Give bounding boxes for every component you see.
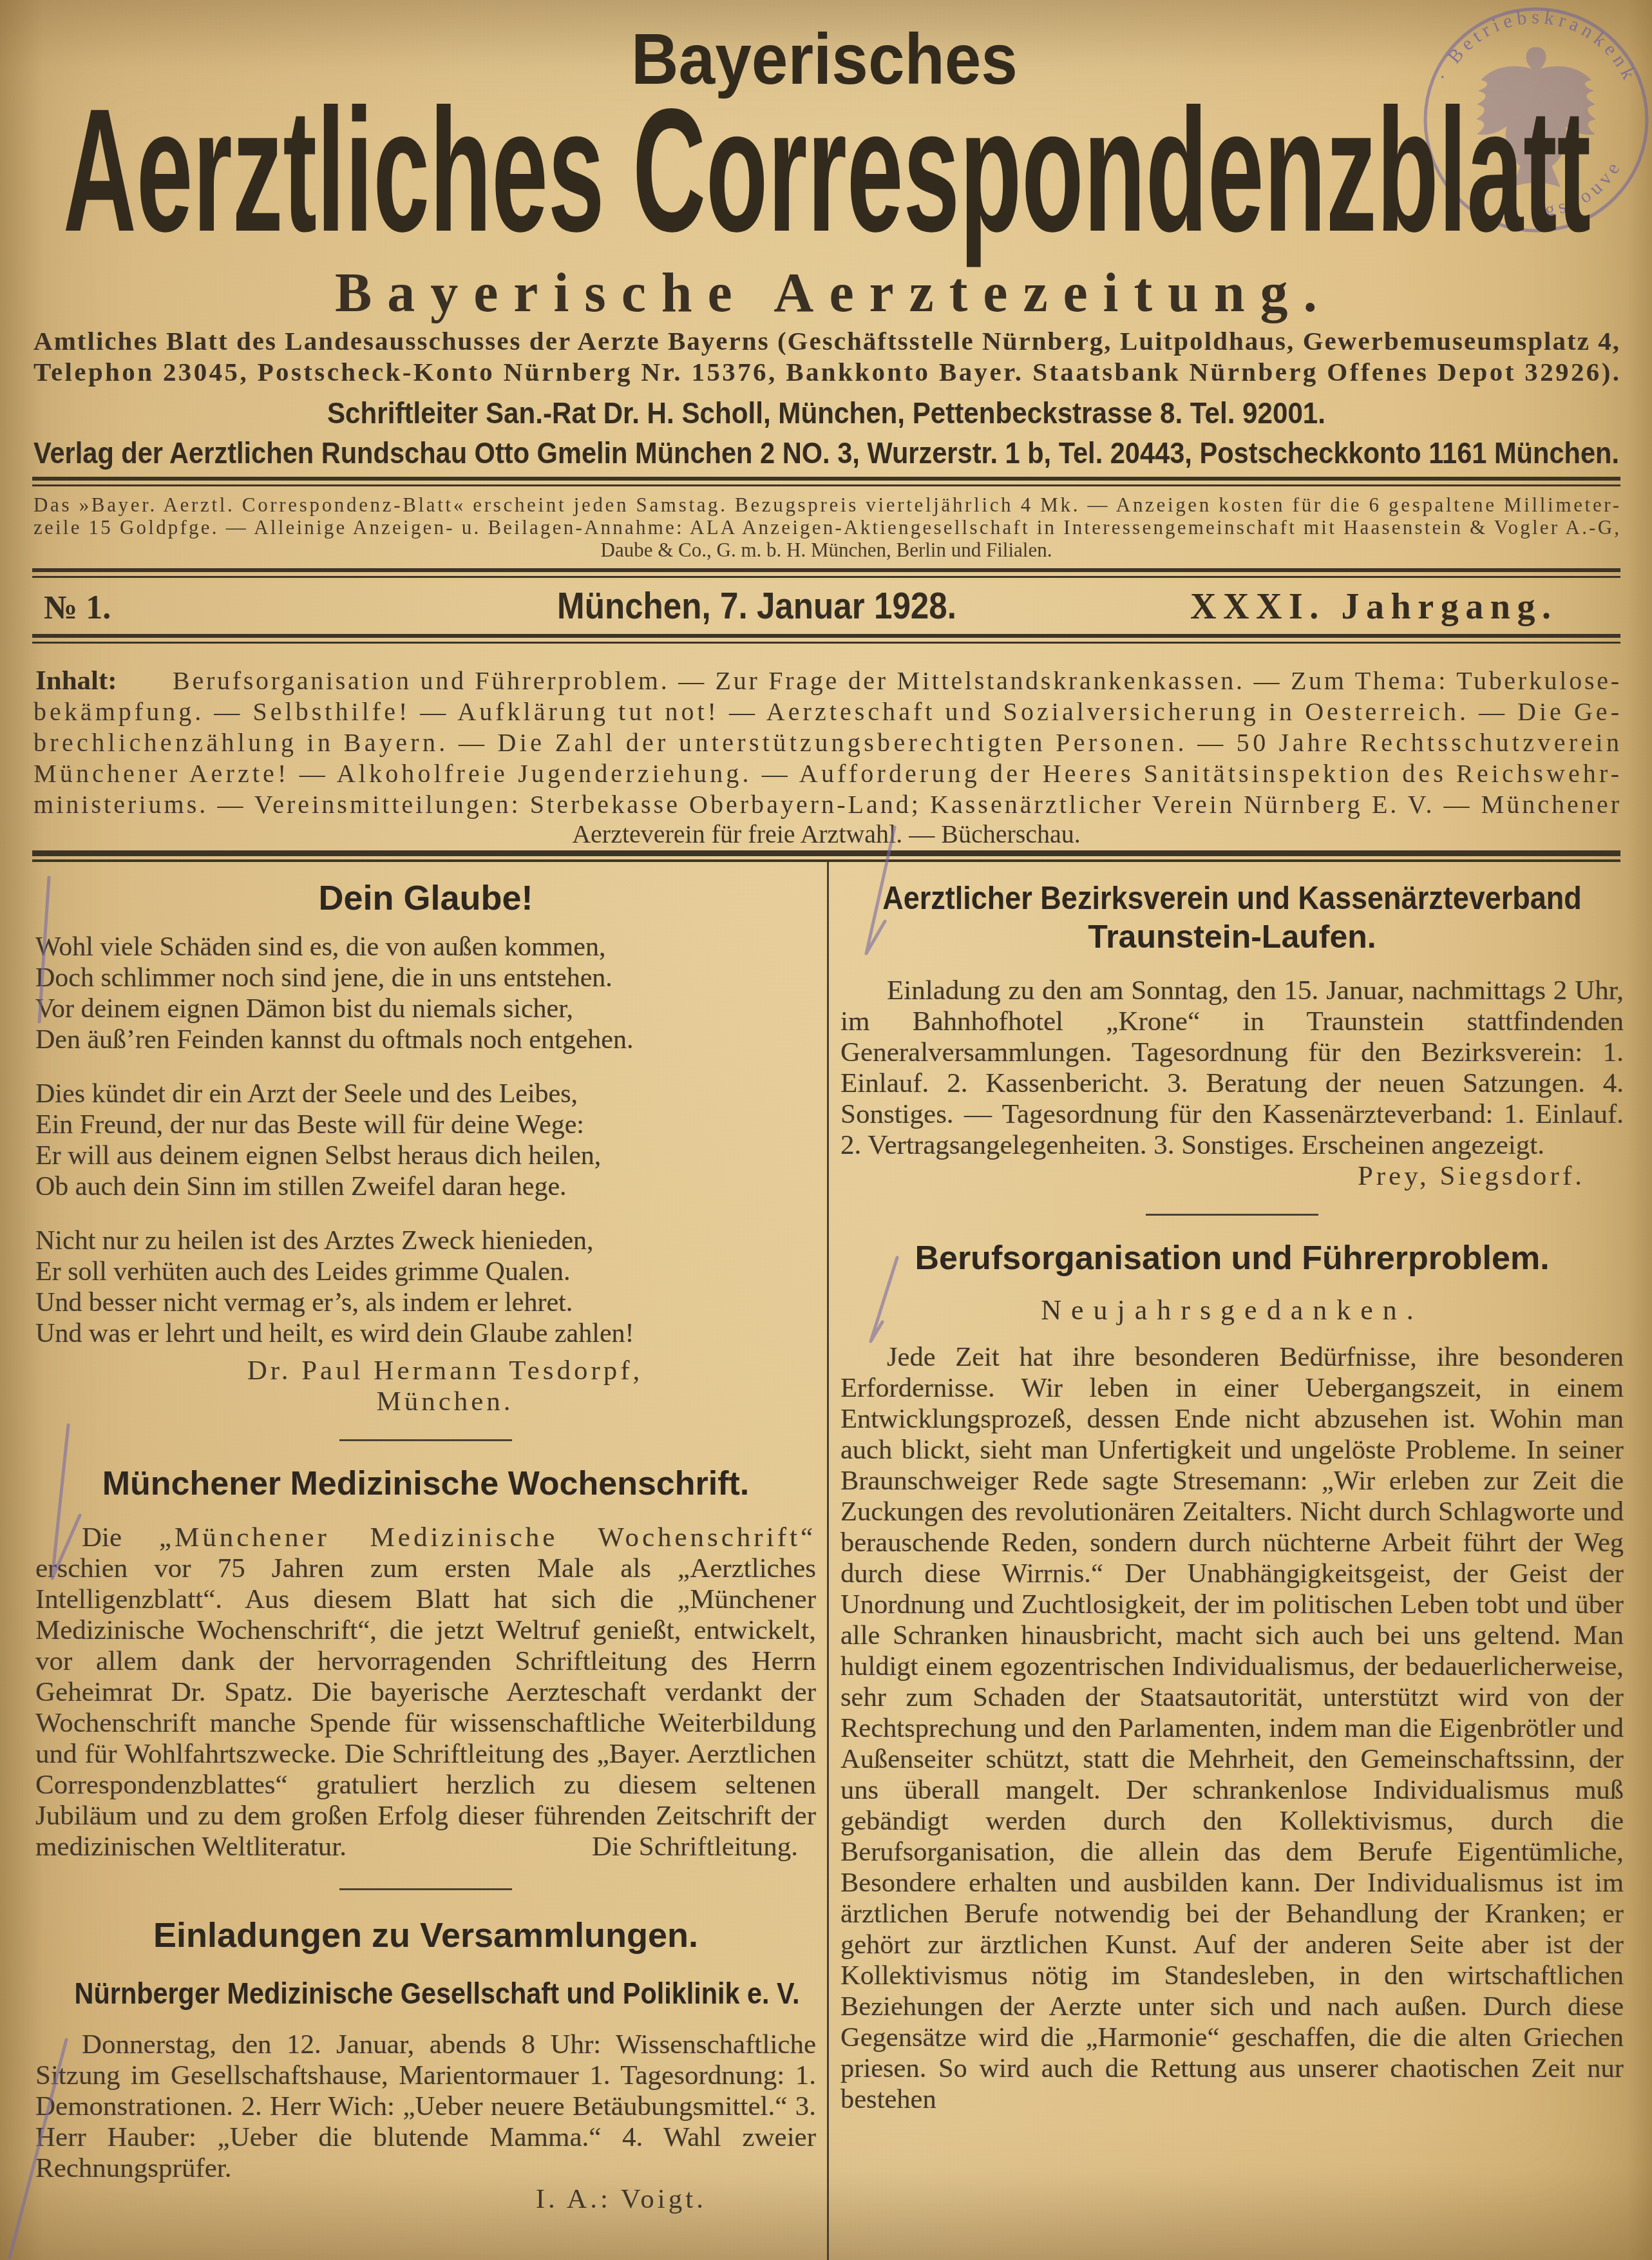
column-divider-rule bbox=[827, 862, 829, 2260]
einladungen-subheading: Nürnberger Medizinische Gesellschaft und… bbox=[75, 1974, 777, 2013]
inhalt-line-3: brechlichenzählung in Bayern. — Die Zahl… bbox=[33, 728, 1619, 757]
inhalt-line-1: Berufsorganisation und Führerproblem. — … bbox=[173, 666, 1619, 695]
poem-title: Dein Glaube! bbox=[35, 879, 816, 917]
paragraph-text: erschien vor 75 Jahren zum ersten Male a… bbox=[35, 1553, 816, 1862]
section-divider bbox=[339, 1439, 512, 1441]
inhalt-line-2: bekämpfung. — Selbsthilfe! — Aufklärung … bbox=[33, 697, 1619, 726]
poem-line: Dies kündet dir ein Arzt der Seele und d… bbox=[35, 1078, 816, 1109]
masthead: Bayerisches Aerztliches Correspondenzbla… bbox=[0, 0, 1652, 863]
poem-line: Ob auch dein Sinn im stillen Zweifel dar… bbox=[35, 1171, 816, 1202]
horizontal-rule bbox=[32, 568, 1620, 578]
masthead-subtitle: Bayerische Aerztezeitung. bbox=[335, 262, 1317, 323]
berufsorganisation-subheading: Neujahrsgedanken. bbox=[840, 1294, 1624, 1326]
horizontal-rule bbox=[32, 850, 1620, 862]
left-column: Dein Glaube! Wohl viele Schäden sind es,… bbox=[35, 867, 816, 2215]
right-column: Aerztlicher Bezirksverein und Kassenärzt… bbox=[840, 867, 1624, 2115]
horizontal-rule bbox=[32, 477, 1620, 486]
inhalt-label: Inhalt: bbox=[35, 666, 117, 696]
bezirksverein-heading-line1: Aerztlicher Bezirksverein und Kassenärzt… bbox=[880, 879, 1584, 917]
poem-author-place: München. bbox=[35, 1386, 816, 1417]
editor-line: Schriftleiter San.-Rat Dr. H. Scholl, Mü… bbox=[327, 396, 1325, 430]
issue-volume: XXXI. Jahrgang. bbox=[1190, 587, 1551, 627]
masthead-title: Aerztliches Correspondenzblatt bbox=[63, 72, 1591, 269]
bezirksverein-paragraph: Einladung zu den am Sonntag, den 15. Jan… bbox=[840, 975, 1624, 1161]
poem-line: Den äuß’ren Feinden kannst du oftmals no… bbox=[35, 1024, 816, 1055]
berufsorganisation-paragraph: Jede Zeit hat ihre besonderen Bedürfniss… bbox=[840, 1342, 1624, 2115]
imprint-line-3: Daube & Co., G. m. b. H. München, Berlin… bbox=[601, 539, 1052, 561]
berufsorganisation-heading: Berufsorganisation und Führerproblem. bbox=[840, 1239, 1624, 1278]
horizontal-rule bbox=[32, 634, 1620, 644]
inhalt-line-5: ministeriums. — Vereinsmitteilungen: Ste… bbox=[33, 790, 1619, 819]
poem-line: Vor deinem eignen Dämon bist du niemals … bbox=[35, 993, 816, 1024]
poem-line: Ein Freund, der nur das Beste will für d… bbox=[35, 1109, 816, 1140]
poem-stanza-3: Nicht nur zu heilen ist des Arztes Zweck… bbox=[35, 1225, 816, 1349]
poem-line: Wohl viele Schäden sind es, die von auße… bbox=[35, 932, 816, 962]
poem-author: Dr. Paul Hermann Tesdorpf, bbox=[35, 1355, 816, 1386]
poem-stanza-1: Wohl viele Schäden sind es, die von auße… bbox=[35, 932, 816, 1055]
issue-place-date: München, 7. Januar 1928. bbox=[557, 585, 956, 627]
poem-line: Er will aus deinem eignen Selbst heraus … bbox=[35, 1140, 816, 1171]
imprint-line-1: Das »Bayer. Aerztl. Correspondenz-Blatt«… bbox=[33, 493, 1619, 516]
official-line-1: Amtliches Blatt des Landesausschusses de… bbox=[33, 326, 1619, 356]
poem-line: Doch schlimmer noch sind jene, die in un… bbox=[35, 962, 816, 993]
issue-number: № 1. bbox=[44, 589, 111, 626]
poem-line: Und besser nicht vermag er’s, als indem … bbox=[35, 1287, 816, 1318]
bezirksverein-signature: Prey, Siegsdorf. bbox=[840, 1161, 1585, 1192]
newspaper-front-page: · Betriebskrankenk gsbouverw Bayerisches… bbox=[0, 0, 1652, 2260]
poem-line: Er soll verhüten auch des Leides grimme … bbox=[35, 1256, 816, 1287]
section-divider bbox=[1146, 1214, 1318, 1216]
poem-line: Nicht nur zu heilen ist des Arztes Zweck… bbox=[35, 1225, 816, 1256]
section-divider bbox=[339, 1888, 512, 1890]
poem-line: Und was er lehrt und heilt, es wird dein… bbox=[35, 1318, 816, 1349]
einladungen-signature: I. A.: Voigt. bbox=[35, 2184, 707, 2215]
einladungen-heading: Einladungen zu Versammlungen. bbox=[35, 1916, 816, 1955]
inhalt-line-6: Aerzteverein für freie Arztwahl. — Büche… bbox=[572, 819, 1081, 848]
bezirksverein-heading-line2: Traunstein-Laufen. bbox=[840, 917, 1624, 956]
wochenschrift-paragraph: Die „Münchener Medizinische Wochenschrif… bbox=[35, 1522, 816, 1863]
emphasized-journal-name: „Münchener Medizinische Wochenschrift“ bbox=[159, 1522, 816, 1553]
paragraph-text: Die bbox=[82, 1522, 159, 1553]
official-line-2: Telephon 23045, Postscheck-Konto Nürnber… bbox=[33, 357, 1619, 387]
einladungen-paragraph: Donnerstag, den 12. Januar, abends 8 Uhr… bbox=[35, 2029, 816, 2184]
wochenschrift-heading: Münchener Medizinische Wochenschrift. bbox=[35, 1464, 816, 1503]
poem-stanza-2: Dies kündet dir ein Arzt der Seele und d… bbox=[35, 1078, 816, 1202]
inhalt-line-4: Münchener Aerzte! — Alkoholfreie Jugende… bbox=[33, 759, 1619, 788]
imprint-line-2: zeile 15 Goldpfge. — Alleinige Anzeigen-… bbox=[33, 516, 1619, 539]
publisher-line: Verlag der Aerztlichen Rundschau Otto Gm… bbox=[33, 436, 1619, 470]
